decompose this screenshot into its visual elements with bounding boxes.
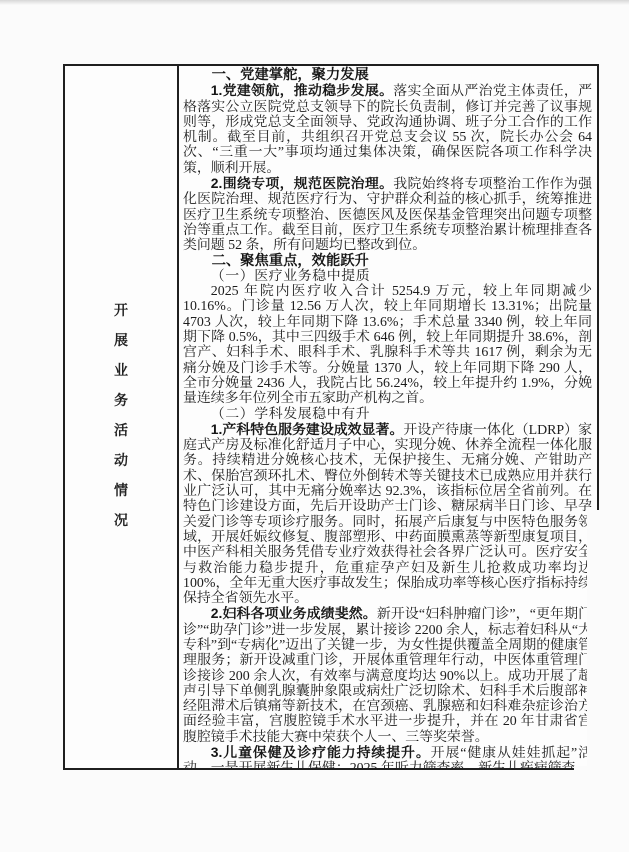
row-header-vertical-label: 开 展 业 务 活 动 情 况	[65, 66, 179, 768]
row-header-char: 活	[114, 425, 128, 439]
scan-edge-shadow	[0, 0, 629, 5]
row-header-char: 动	[114, 455, 128, 469]
paragraph-text: 新开设“妇科肿瘤门诊”，“更年期门诊”“助孕门诊”进一步发展，累计接诊 2200…	[183, 607, 592, 744]
paragraph-obstetrics: 1.产科特色服务建设成效显著。开设产待康一体化（LDRP）家庭式产房及标准化舒适…	[183, 422, 592, 607]
paragraph-lead: 2.妇科各项业务成绩斐然。	[211, 605, 377, 621]
paragraph-lead: 2.围绕专项，规范医院治理。	[211, 175, 394, 191]
paragraph-medical-statistics: 2025 年院内医疗收入合计 5254.9 万元，较上年同期减少 10.16%。…	[183, 284, 592, 406]
report-table: 开 展 业 务 活 动 情 况 一、党建掌舵，聚力发展 1.党建领航，推动稳步发…	[63, 64, 599, 770]
paragraph-party-leadership: 1.党建领航，推动稳步发展。落实全面从严治党主体责任，严格落实公立医院党总支领导…	[183, 83, 592, 176]
row-header-char: 业	[114, 365, 128, 379]
paragraph-gynecology: 2.妇科各项业务成绩斐然。新开设“妇科肿瘤门诊”，“更年期门诊”“助孕门诊”进一…	[183, 606, 592, 745]
row-header-char: 展	[114, 335, 128, 349]
paragraph-special-rectification: 2.围绕专项，规范医院治理。我院始终将专项整治工作作为强化医院治理、规范医疗行为…	[183, 176, 592, 253]
report-content-cell: 一、党建掌舵，聚力发展 1.党建领航，推动稳步发展。落实全面从严治党主体责任，严…	[179, 66, 597, 768]
paragraph-lead: 1.产科特色服务建设成效显著。	[211, 421, 404, 437]
scan-clip-artifact-right	[587, 510, 629, 852]
subsection-heading-discipline-development: （二）学科发展稳中有升	[183, 407, 592, 422]
row-header-char: 况	[114, 515, 128, 529]
paragraph-child-health: 3.儿童保健及诊疗能力持续提升。开展“健康从娃娃抓起”活动，一是开展新生儿保健：…	[183, 745, 592, 768]
row-header-char: 务	[114, 395, 128, 409]
paragraph-text: 2025 年院内医疗收入合计 5254.9 万元，较上年同期减少 10.16%。…	[183, 284, 592, 406]
paragraph-lead: 3.儿童保健及诊疗能力持续提升。	[211, 744, 431, 760]
section-heading-2: 二、聚焦重点，效能跃升	[183, 254, 592, 269]
row-header-char: 开	[114, 305, 128, 319]
subsection-heading-medical-business: （一）医疗业务稳中提质	[183, 269, 592, 284]
paragraph-lead: 1.党建领航，推动稳步发展。	[211, 82, 394, 98]
paragraph-text: 开设产待康一体化（LDRP）家庭式产房及标准化舒适月子中心，实现分娩、休养全流程…	[183, 423, 592, 606]
section-heading-1: 一、党建掌舵，聚力发展	[183, 68, 592, 83]
scan-clip-artifact-bottom	[574, 766, 629, 775]
row-header-char: 情	[114, 485, 128, 499]
